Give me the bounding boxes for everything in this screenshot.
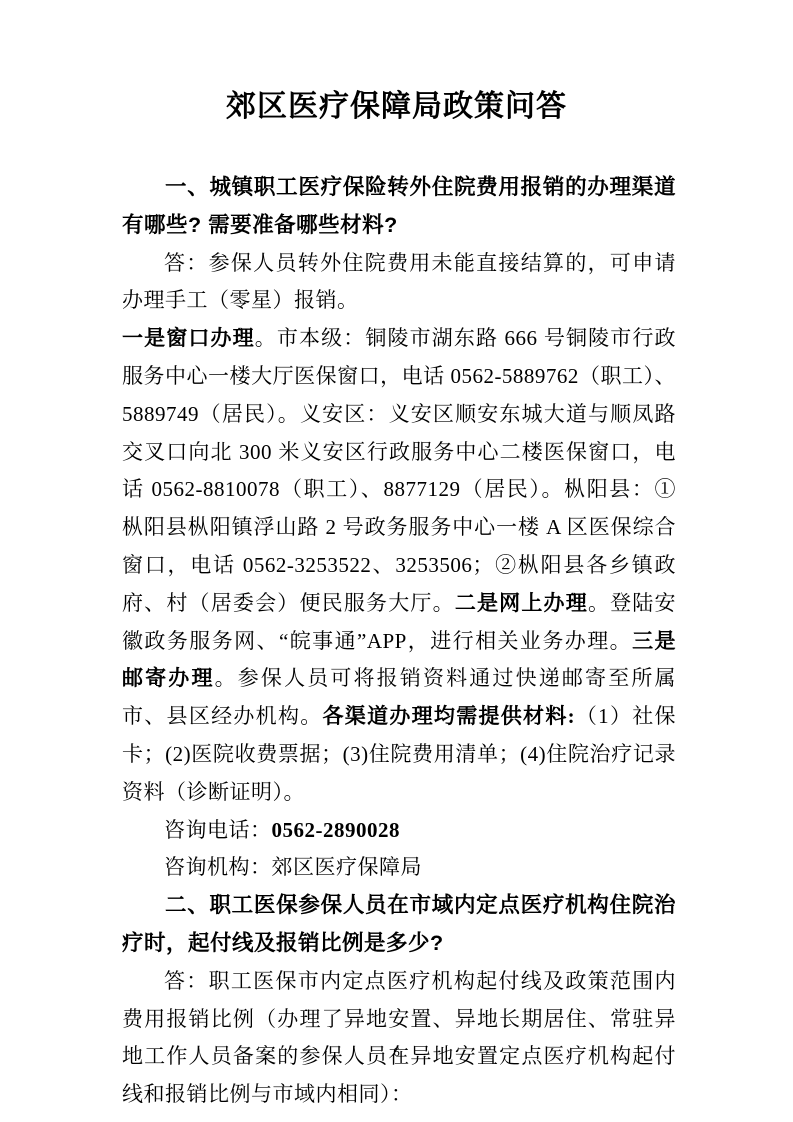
- text-run: 。市本级：铜陵市湖东路 666 号铜陵市行政服务中心一楼大厅医保窗口，电话 05…: [122, 326, 676, 615]
- text-run: 咨询电话：: [164, 818, 272, 842]
- paragraph: 咨询机构：郊区医疗保障局: [122, 849, 676, 887]
- paragraph: 答：参保人员转外住院费用未能直接结算的，可申请办理手工（零星）报销。: [122, 245, 676, 321]
- paragraph: 答：职工医保市内定点医疗机构起付线及政策范围内费用报销比例（办理了异地安置、异地…: [122, 963, 676, 1114]
- text-run: 咨询机构：郊区医疗保障局: [164, 855, 422, 879]
- document-body: 一、城镇职工医疗保险转外住院费用报销的办理渠道有哪些? 需要准备哪些材料?答：参…: [122, 169, 676, 1114]
- text-run: 一、城镇职工医疗保险转外住院费用报销的办理渠道有哪些? 需要准备哪些材料?: [122, 175, 676, 237]
- paragraph: 一是窗口办理。市本级：铜陵市湖东路 666 号铜陵市行政服务中心一楼大厅医保窗口…: [122, 320, 676, 811]
- page-title: 郊区医疗保障局政策问答: [0, 0, 793, 126]
- text-run: 各渠道办理均需提供材料:: [323, 704, 576, 728]
- paragraph: 咨询电话：0562-2890028: [122, 812, 676, 850]
- page-number: 6: [0, 1044, 793, 1060]
- text-run: 二、职工医保参保人员在市域内定点医疗机构住院治疗时，起付线及报销比例是多少?: [122, 893, 676, 955]
- text-run: 答：参保人员转外住院费用未能直接结算的，可申请办理手工（零星）报销。: [122, 251, 676, 313]
- text-run: 答：职工医保市内定点医疗机构起付线及政策范围内费用报销比例（办理了异地安置、异地…: [122, 969, 676, 1106]
- document-page: 郊区医疗保障局政策问答 一、城镇职工医疗保险转外住院费用报销的办理渠道有哪些? …: [0, 0, 793, 1122]
- question-heading: 二、职工医保参保人员在市域内定点医疗机构住院治疗时，起付线及报销比例是多少?: [122, 887, 676, 963]
- text-run: 二是网上办理: [455, 591, 588, 615]
- text-run: 一是窗口办理: [122, 326, 255, 350]
- question-heading: 一、城镇职工医疗保险转外住院费用报销的办理渠道有哪些? 需要准备哪些材料?: [122, 169, 676, 245]
- text-run: 0562-2890028: [272, 818, 401, 842]
